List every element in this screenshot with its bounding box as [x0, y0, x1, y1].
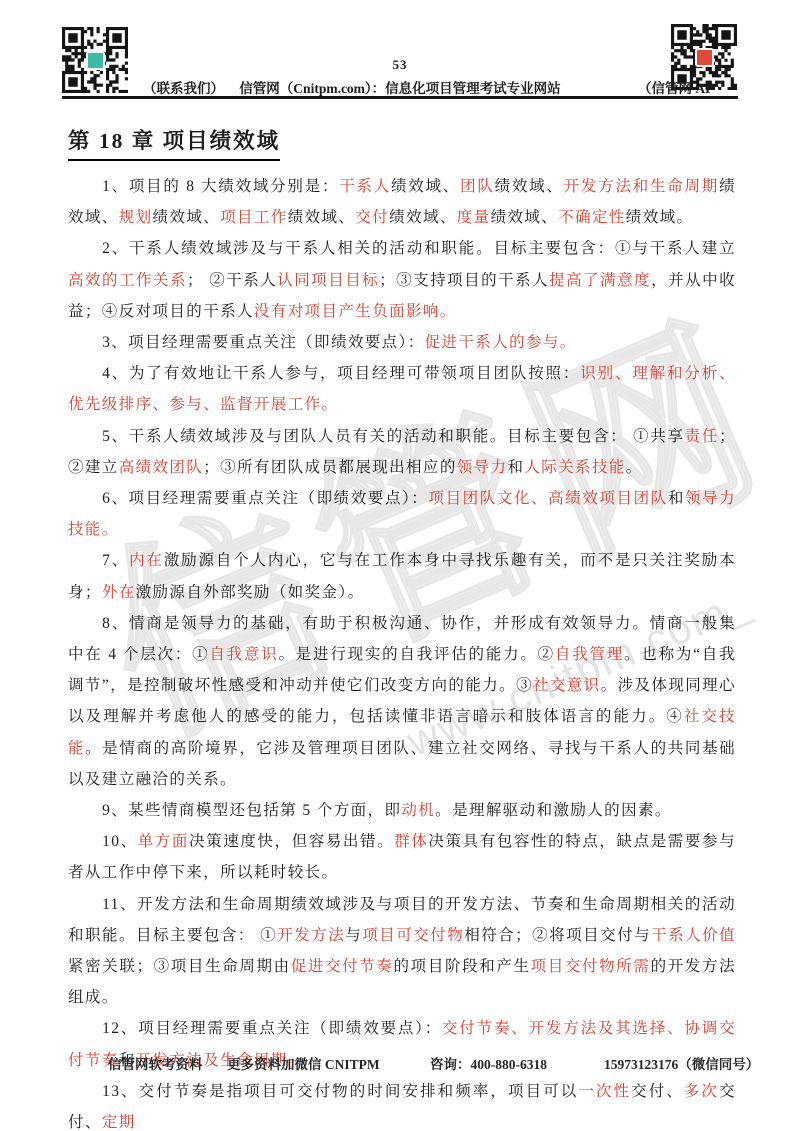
paragraph: 2、干系人绩效域涉及与干系人相关的活动和职能。目标主要包含：①与干系人建立高效的…	[68, 233, 736, 327]
document-body: 1、项目的 8 大绩效域分别是：干系人绩效域、团队绩效域、开发方法和生命周期绩效…	[68, 171, 736, 1131]
highlighted-text: 项目可交付物	[362, 927, 464, 944]
header-contact-label: （联系我们）	[143, 77, 224, 97]
body-text: 。是进行现实的自我评估的能力。②	[279, 646, 555, 663]
body-text: 7、	[102, 552, 129, 569]
paragraph: 6、项目经理需要重点关注（即绩效要点）：项目团队文化、高绩效项目团队和领导力技能…	[68, 483, 736, 545]
paragraph: 3、项目经理需要重点关注（即绩效要点）：促进干系人的参与。	[68, 327, 736, 358]
body-text: 5、干系人绩效域涉及与团队人员有关的活动和职能。目标主要包含： ①共享	[102, 428, 685, 445]
header-site-title: 信管网（Cnitpm.com）：信息化项目管理考试专业网站	[239, 77, 560, 97]
header-app-label: （信管网 AP	[638, 77, 713, 97]
chapter-title: 第 18 章 项目绩效域	[68, 124, 280, 161]
highlighted-text: 多次	[684, 1083, 719, 1100]
body-text: 交付、	[631, 1083, 684, 1100]
highlighted-text: 度量	[457, 209, 491, 226]
highlighted-text: 规划	[119, 209, 153, 226]
highlighted-text: 高效的工作关系	[68, 272, 187, 289]
body-text: ；③支持项目的干系人	[379, 272, 549, 289]
footer-brand: 信管网软考资料	[108, 1053, 203, 1073]
body-text: 绩效域、	[389, 209, 457, 226]
qr-center-logo	[86, 51, 105, 70]
body-text: 9、某些情商模型还包括第 5 个方面，即	[102, 802, 401, 819]
paragraph: 7、内在激励源自个人内心，它与在工作本身中寻找乐趣有关，而不是只关注奖励本身；外…	[68, 545, 736, 607]
highlighted-text: 一次性	[578, 1083, 631, 1100]
body-text: 。是理解驱动和激励人的因素。	[435, 802, 672, 819]
highlighted-text: 自我管理	[555, 646, 624, 663]
footer-consult-phone: 咨询：400-880-6318	[430, 1053, 547, 1073]
highlighted-text: 交付	[355, 209, 389, 226]
paragraph: 9、某些情商模型还包括第 5 个方面，即动机。是理解驱动和激励人的因素。	[68, 795, 736, 826]
highlighted-text: 项目工作	[220, 209, 288, 226]
body-text: 的项目阶段和产生	[394, 958, 531, 975]
body-text: 10、	[102, 833, 138, 850]
body-text: 紧密关联；③项目生命周期由	[68, 958, 291, 975]
paragraph: 13、交付节奏是指项目可交付物的时间安排和频率，项目可以一次性交付、多次交付、定…	[68, 1076, 736, 1131]
body-text: 和	[507, 459, 524, 476]
paragraph: 5、干系人绩效域涉及与团队人员有关的活动和职能。目标主要包含： ①共享责任；②建…	[68, 421, 736, 483]
body-text: 。	[626, 459, 643, 476]
body-text: 2、干系人绩效域涉及与干系人相关的活动和职能。目标主要包含：①与干系人建立	[102, 240, 736, 257]
contact-qr-code-icon	[62, 27, 128, 93]
highlighted-text: 团队	[460, 178, 495, 195]
highlighted-text: 不确定性	[558, 209, 626, 226]
body-text: 。是情商的高阶境界，它涉及管理项目团队、建立社交网络、寻找与干系人的共同基础以及…	[68, 740, 736, 788]
highlighted-text: 认同项目目标	[277, 272, 379, 289]
highlighted-text: 责任	[685, 428, 719, 445]
header-divider	[62, 96, 738, 99]
highlighted-text: 促进交付节奏	[291, 958, 394, 975]
highlighted-text: 促进干系人的参与。	[425, 334, 577, 351]
body-text: 绩效域、	[495, 178, 564, 195]
highlighted-text: 动机	[401, 802, 435, 819]
body-text: 13、交付节奏是指项目可交付物的时间安排和频率，项目可以	[102, 1083, 578, 1100]
highlighted-text: 外在	[102, 584, 136, 601]
paragraph: 8、情商是领导力的基础，有助于积极沟通、协作，并形成有效领导力。情商一般集中在 …	[68, 608, 736, 795]
body-text: 激励源自外部奖励（如奖金）。	[136, 584, 365, 601]
paragraph: 11、开发方法和生命周期绩效域涉及与项目的开发方法、节奏和生命周期相关的活动和职…	[68, 889, 736, 1014]
body-text: 决策速度快，但容易出错。	[189, 833, 394, 850]
highlighted-text: 领导力	[457, 459, 508, 476]
body-text: 与	[345, 927, 362, 944]
highlighted-text: 干系人	[339, 178, 391, 195]
body-text: ； ②干系人	[187, 272, 277, 289]
highlighted-text: 开发方法和生命周期	[564, 178, 719, 195]
paragraph: 4、为了有效地让干系人参与，项目经理可带领项目团队按照：识别、理解和分析、优先级…	[68, 358, 736, 420]
highlighted-text: 定期	[102, 1114, 136, 1131]
highlighted-text: 群体	[394, 833, 428, 850]
highlighted-text: 项目团队文化、高绩效项目团队	[428, 490, 667, 507]
body-text: 6、项目经理需要重点关注（即绩效要点）：	[102, 490, 428, 507]
highlighted-text: 提高了满意度	[549, 272, 651, 289]
highlighted-text: 项目交付物所需	[531, 958, 651, 975]
body-text: ；③所有团队成员都展现出相应的	[203, 459, 457, 476]
highlighted-text: 开发方法	[277, 927, 345, 944]
body-text: 1、项目的 8 大绩效域分别是：	[102, 178, 339, 195]
qr-center-logo	[695, 48, 714, 67]
body-text: 绩效域、	[391, 178, 460, 195]
body-text: 和	[668, 490, 685, 507]
highlighted-text: 高绩效团队	[119, 459, 204, 476]
paragraph: 1、项目的 8 大绩效域分别是：干系人绩效域、团队绩效域、开发方法和生命周期绩效…	[68, 171, 736, 233]
highlighted-text: 自我意识	[209, 646, 278, 663]
highlighted-text: 干系人价值	[651, 927, 736, 944]
highlighted-text: 人际关系技能	[524, 459, 625, 476]
highlighted-text: 内在	[129, 552, 164, 569]
highlighted-text: 社交意识	[533, 677, 601, 694]
body-text: 相符合；②将项目交付与	[464, 927, 651, 944]
body-text: 4、为了有效地让干系人参与，项目经理可带领项目团队按照：	[102, 365, 580, 382]
footer-mobile-phone: 15973123176（微信同号）	[604, 1053, 759, 1073]
highlighted-text: 没有对项目产生负面影响。	[254, 303, 457, 320]
footer-wechat: 更多资料加微信 CNITPM	[227, 1053, 380, 1073]
highlighted-text: 单方面	[138, 833, 189, 850]
body-text: 绩效域、	[288, 209, 356, 226]
body-text: 3、项目经理需要重点关注（即绩效要点）：	[102, 334, 425, 351]
body-text: 绩效域、	[153, 209, 221, 226]
body-text: 绩效域、	[491, 209, 559, 226]
body-text: 12、项目经理需要重点关注（即绩效要点）：	[102, 1020, 442, 1037]
paragraph: 10、单方面决策速度快，但容易出错。群体决策具有包容性的特点，缺点是需要参与者从…	[68, 826, 736, 888]
body-text: 绩效域。	[626, 209, 694, 226]
